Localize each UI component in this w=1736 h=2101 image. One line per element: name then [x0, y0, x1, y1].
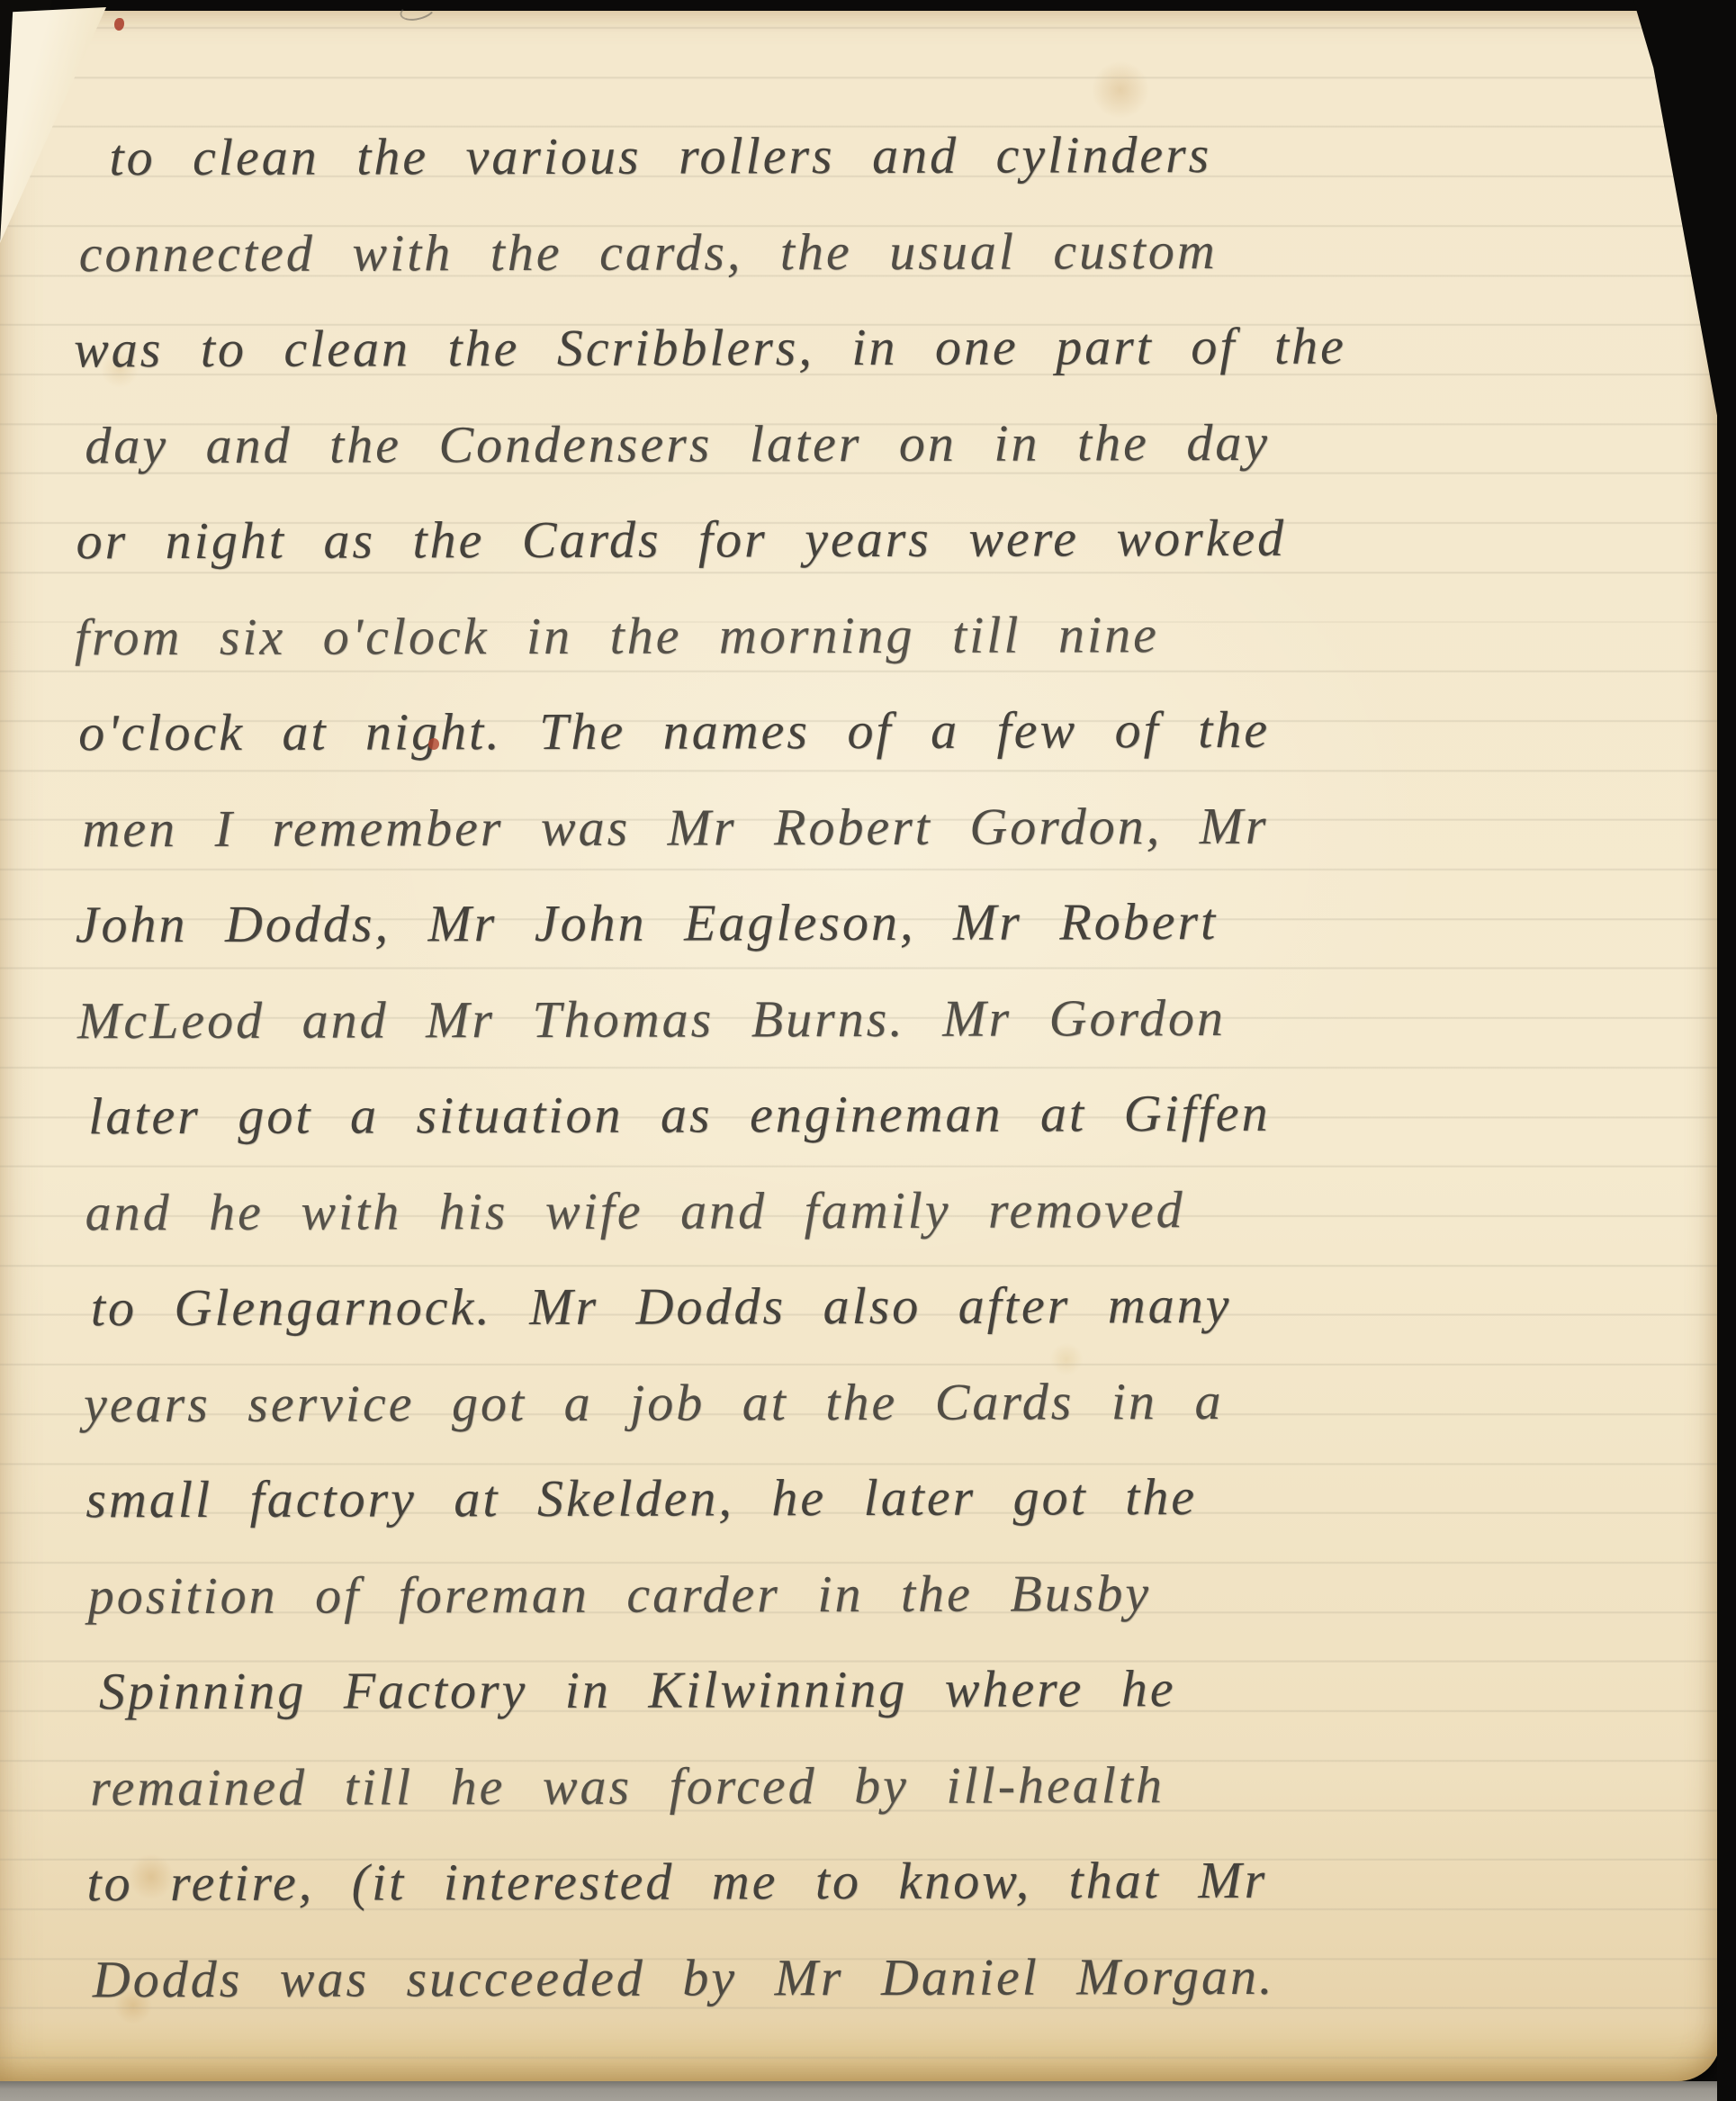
- handwriting-line-7: o'clock at night. The names of a few of …: [75, 681, 1666, 781]
- scanned-notebook-photo: { "document": { "kind": "handwritten not…: [0, 0, 1736, 2101]
- handwriting-line-16: position of foreman carder in the Busby: [77, 1544, 1669, 1644]
- handwriting-line-18: remained till he was forced by ill-healt…: [77, 1736, 1669, 1835]
- handwriting-line-4: day and the Condensers later on in the d…: [74, 393, 1665, 493]
- handwritten-text: to clean the various rollers and cylinde…: [73, 23, 1669, 2028]
- handwriting-line-14: years service got a job at the Cards in …: [76, 1352, 1668, 1452]
- handwriting-line-12: and he with his wife and family removed: [76, 1160, 1667, 1260]
- handwriting-line-17: Spinning Factory in Kilwinning where he: [77, 1640, 1669, 1740]
- handwriting-line-2: connected with the cards, the usual cust…: [74, 202, 1665, 302]
- scanner-edge-top: [0, 0, 1736, 11]
- scanner-edge-right: [1717, 0, 1736, 2101]
- red-ink-spot-text: [428, 738, 439, 750]
- handwriting-line-8: men I remember was Mr Robert Gordon, Mr: [75, 777, 1666, 877]
- handwriting-line-5: or night as the Cards for years were wor…: [74, 490, 1665, 590]
- handwriting-line-10: McLeod and Mr Thomas Burns. Mr Gordon: [76, 969, 1667, 1069]
- scanner-edge-bottom: [0, 2081, 1736, 2101]
- handwriting-line-3: was to clean the Scribblers, in one part…: [74, 298, 1665, 398]
- handwriting-line-6: from six o'clock in the morning till nin…: [75, 585, 1666, 685]
- handwriting-line-20: Dodds was succeeded by Mr Daniel Morgan.: [78, 1927, 1669, 2027]
- handwriting-line-1: to clean the various rollers and cylinde…: [73, 106, 1664, 206]
- handwriting-line-13: to Glengarnock. Mr Dodds also after many: [76, 1257, 1668, 1357]
- handwriting-line-9: John Dodds, Mr John Eagleson, Mr Robert: [76, 873, 1667, 973]
- handwriting-line-15: small factory at Skelden, he later got t…: [76, 1448, 1668, 1548]
- handwriting-line-11: later got a situation as engineman at Gi…: [76, 1065, 1667, 1165]
- handwriting-line-19: to retire, (it interested me to know, th…: [77, 1832, 1669, 1932]
